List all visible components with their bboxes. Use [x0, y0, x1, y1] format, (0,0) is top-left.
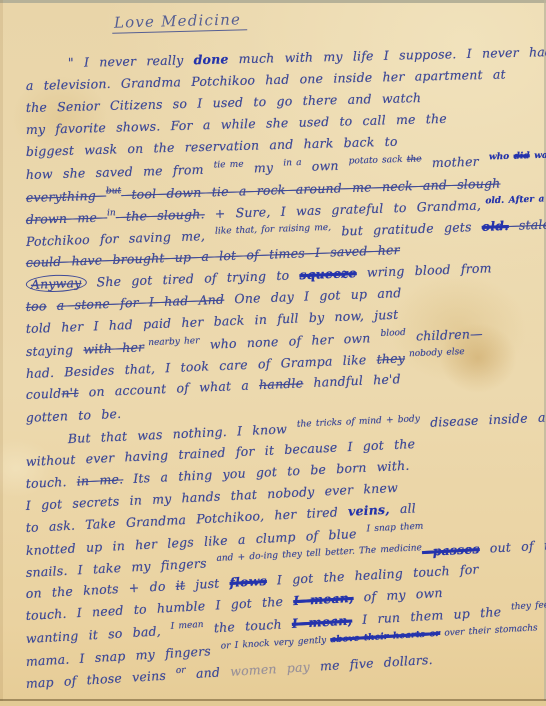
struck-text: with her — [83, 340, 144, 357]
handwritten-text-dark: done — [193, 51, 228, 67]
insertion-text: blood — [380, 328, 406, 339]
struck-text: stale. — [508, 216, 546, 233]
insertion-scribbled-text: did — [514, 152, 530, 162]
struck-text: drown me — [26, 209, 108, 227]
manuscript-title: Love Medicine — [112, 10, 248, 34]
handwritten-text: and — [185, 664, 230, 682]
handwritten-text: but gratitude gets — [331, 219, 482, 239]
insertion-text: I mean — [171, 620, 204, 632]
handwritten-text: of my own — [353, 585, 443, 605]
handwritten-text: touch. — [25, 473, 77, 490]
handwritten-text: how she saved me from — [26, 162, 214, 183]
faint-text: women pay — [230, 659, 311, 679]
handwritten-text: " I never really — [68, 52, 194, 70]
handwritten-text-dark: veins, — [348, 502, 390, 519]
insertion-text: I snap them — [366, 522, 423, 535]
struck-text: n't — [61, 385, 79, 401]
handwritten-text: much with my life I suppose. I never had — [228, 44, 546, 66]
handwritten-text: the touch — [203, 616, 292, 636]
scribbled-out-text: squeeze — [299, 265, 357, 282]
struck-text: everything — [26, 187, 107, 204]
insertion-text: in a — [283, 158, 302, 169]
scan-edge-top — [0, 0, 546, 3]
scribbled-out-text: old. — [482, 218, 509, 234]
scribbled-out-text: flows — [229, 573, 267, 590]
manuscript-page: Love Medicine " I never really done much… — [0, 0, 546, 706]
handwritten-text: handful he'd — [303, 372, 401, 391]
insertion-text: nearby her — [144, 336, 200, 348]
manuscript-body: " I never really done much with my life … — [26, 56, 542, 697]
struck-text: handle — [259, 376, 304, 393]
struck-text: in me. — [76, 471, 123, 488]
insertion-text: potato sack — [349, 155, 407, 167]
scan-edge-bottom — [0, 701, 546, 706]
scan-edge-left — [0, 0, 3, 706]
insertion-text: tie me — [214, 160, 244, 171]
scribbled-out-text: passes — [422, 541, 480, 559]
struck-text: the slough. — [116, 206, 205, 224]
insertion-struck-text: but — [106, 186, 121, 196]
insertion-text-dark: wanted to — [530, 150, 546, 162]
insertion-text-dark: who — [489, 152, 514, 163]
struck-text: they — [376, 351, 405, 367]
handwritten-text: children— — [406, 326, 483, 344]
scribbled-out-text: I mean, — [291, 613, 352, 631]
handwritten-text: mother — [421, 154, 489, 171]
handwritten-text: my — [243, 160, 283, 176]
handwritten-text: staying — [26, 342, 84, 359]
scribbled-out-text: I mean, — [293, 590, 354, 608]
handwritten-text — [46, 298, 57, 313]
circled-struck-text: Anyway — [26, 274, 87, 293]
insertion-text: in — [107, 208, 116, 218]
handwritten-text: could — [26, 386, 62, 402]
insertion-text: nobody else — [405, 347, 465, 359]
handwritten-text: own — [301, 158, 349, 174]
handwritten-text: all — [389, 500, 416, 516]
handwritten-text: just — [185, 575, 230, 592]
insertion-struck-text: the — [407, 155, 422, 165]
struck-text: too — [26, 298, 47, 314]
